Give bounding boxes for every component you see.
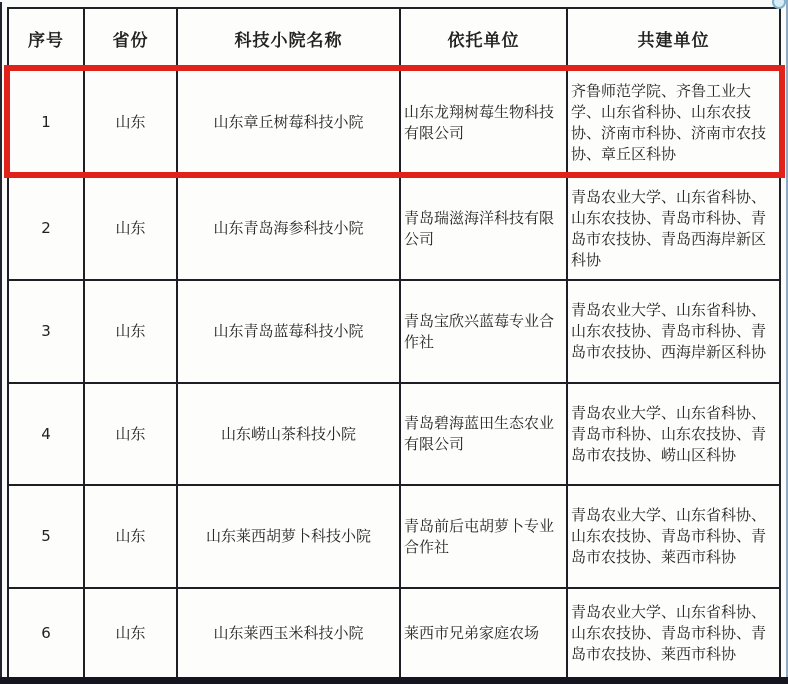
cell-index: 4 xyxy=(8,383,84,485)
table-row-4: 4 山东 山东崂山茶科技小院 青岛碧海蓝田生态农业有限公司 青岛农业大学、山东省… xyxy=(8,383,780,485)
cell-index: 2 xyxy=(8,177,84,280)
cell-name: 山东青岛蓝莓科技小院 xyxy=(177,280,400,383)
col-header-index: 序号 xyxy=(8,8,84,68)
cell-province: 山东 xyxy=(84,177,177,280)
document-page: 序号 省份 科技小院名称 依托单位 共建单位 1 山东 山东章丘树莓科技小院 山… xyxy=(0,0,788,684)
cell-supporting-unit: 青岛碧海蓝田生态农业有限公司 xyxy=(400,383,567,485)
header-row: 序号 省份 科技小院名称 依托单位 共建单位 xyxy=(8,8,780,68)
table-row-5: 5 山东 山东莱西胡萝卜科技小院 青岛前后屯胡萝卜专业合作社 青岛农业大学、山东… xyxy=(8,485,780,588)
cell-co-building-units: 青岛农业大学、山东省科协、青岛市科协、山东农技协、青岛市农技协、崂山区科协 xyxy=(567,383,780,485)
cell-province: 山东 xyxy=(84,485,177,588)
col-header-province: 省份 xyxy=(84,8,177,68)
cell-name: 山东崂山茶科技小院 xyxy=(177,383,400,485)
col-header-co-building-units: 共建单位 xyxy=(567,8,780,68)
cell-supporting-unit: 莱西市兄弟家庭农场 xyxy=(400,588,567,678)
cell-name: 山东莱西玉米科技小院 xyxy=(177,588,400,678)
cell-supporting-unit: 青岛宝欣兴蓝莓专业合作社 xyxy=(400,280,567,383)
cell-province: 山东 xyxy=(84,280,177,383)
cell-name: 山东青岛海参科技小院 xyxy=(177,177,400,280)
cell-supporting-unit: 青岛瑞滋海洋科技有限公司 xyxy=(400,177,567,280)
cell-index: 5 xyxy=(8,485,84,588)
cell-co-building-units: 齐鲁师范学院、齐鲁工业大学、山东省科协、山东农技协、济南市科协、济南市农技协、章… xyxy=(567,68,780,177)
cell-name: 山东章丘树莓科技小院 xyxy=(177,68,400,177)
cell-co-building-units: 青岛农业大学、山东省科协、山东农技协、青岛市科协、青岛市农技协、莱西市科协 xyxy=(567,588,780,678)
cell-index: 3 xyxy=(8,280,84,383)
cell-index: 1 xyxy=(8,68,84,177)
col-header-name: 科技小院名称 xyxy=(177,8,400,68)
selection-handle[interactable] xyxy=(772,0,786,9)
cell-index: 6 xyxy=(8,588,84,678)
cell-province: 山东 xyxy=(84,383,177,485)
cell-name: 山东莱西胡萝卜科技小院 xyxy=(177,485,400,588)
cell-co-building-units: 青岛农业大学、山东省科协、山东农技协、青岛市科协、青岛市农技协、莱西市科协 xyxy=(567,485,780,588)
cell-province: 山东 xyxy=(84,588,177,678)
cell-supporting-unit: 山东龙翔树莓生物科技有限公司 xyxy=(400,68,567,177)
cell-co-building-units: 青岛农业大学、山东省科协、山东农技协、青岛市科协、青岛市农技协、青岛西海岸新区科… xyxy=(567,177,780,280)
table-row-2: 2 山东 山东青岛海参科技小院 青岛瑞滋海洋科技有限公司 青岛农业大学、山东省科… xyxy=(8,177,780,280)
cell-province: 山东 xyxy=(84,68,177,177)
science-backyard-table: 序号 省份 科技小院名称 依托单位 共建单位 1 山东 山东章丘树莓科技小院 山… xyxy=(7,7,781,679)
left-edge-line xyxy=(0,2,2,678)
table-row-6: 6 山东 山东莱西玉米科技小院 莱西市兄弟家庭农场 青岛农业大学、山东省科协、山… xyxy=(8,588,780,678)
col-header-supporting-unit: 依托单位 xyxy=(400,8,567,68)
table-row-1: 1 山东 山东章丘树莓科技小院 山东龙翔树莓生物科技有限公司 齐鲁师范学院、齐鲁… xyxy=(8,68,780,177)
table-row-3: 3 山东 山东青岛蓝莓科技小院 青岛宝欣兴蓝莓专业合作社 青岛农业大学、山东省科… xyxy=(8,280,780,383)
cell-co-building-units: 青岛农业大学、山东省科协、山东农技协、青岛市科协、青岛市农技协、西海岸新区科协 xyxy=(567,280,780,383)
cell-supporting-unit: 青岛前后屯胡萝卜专业合作社 xyxy=(400,485,567,588)
bottom-bar xyxy=(0,677,788,684)
